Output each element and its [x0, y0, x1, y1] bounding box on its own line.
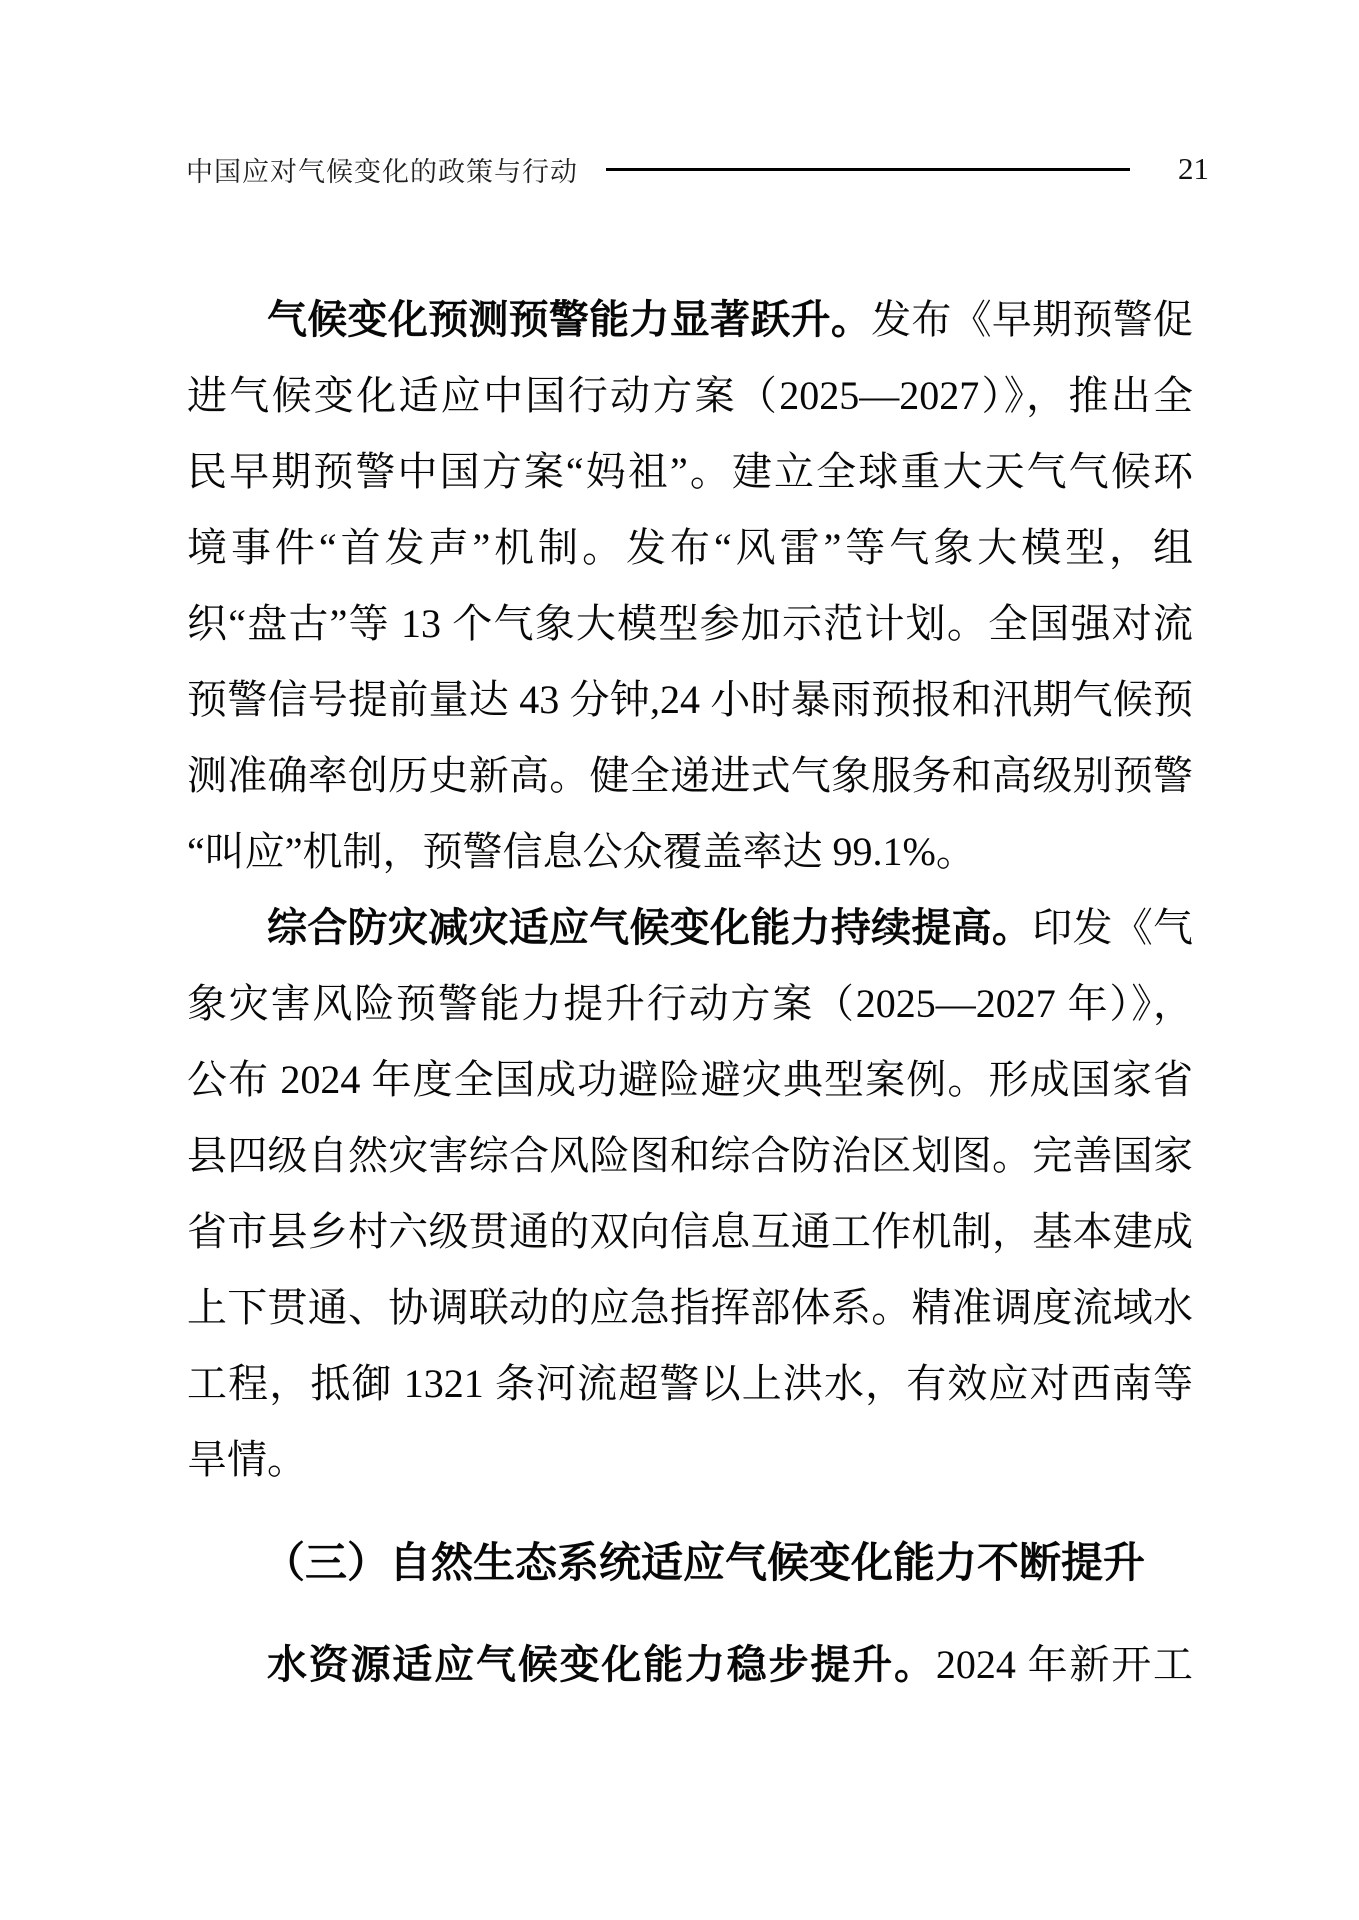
header-rule [606, 168, 1130, 171]
text-line: 预警信号提前量达 43 分钟,24 小时暴雨预报和汛期气候预 [187, 662, 1193, 738]
line-text: 印发《气 [1032, 905, 1193, 950]
document-body: 气候变化预测预警能力显著跃升。发布《早期预警促 进气候变化适应中国行动方案（20… [187, 282, 1193, 1703]
text-line: 县四级自然灾害综合风险图和综合防治区划图。完善国家 [187, 1118, 1193, 1194]
bold-lead-in: 水资源适应气候变化能力稳步提升。 [267, 1642, 936, 1687]
text-line: 测准确率创历史新高。健全递进式气象服务和高级别预警 [187, 738, 1193, 814]
line-text: 象灾害风险预警能力提升行动方案（2025—2027 年）》， [187, 981, 1193, 1026]
line-text: 民早期预警中国方案“妈祖”。建立全球重大天气气候环 [187, 449, 1193, 494]
text-line: 上下贯通、协调联动的应急指挥部体系。精准调度流域水 [187, 1270, 1193, 1346]
line-text: 发布《早期预警促 [871, 297, 1193, 342]
text-line: 工程，抵御 1321 条河流超警以上洪水，有效应对西南等地 [187, 1346, 1193, 1422]
text-line: 公布 2024 年度全国成功避险避灾典型案例。形成国家省市 [187, 1042, 1193, 1118]
section-heading: （三）自然生态系统适应气候变化能力不断提升 [187, 1526, 1193, 1602]
text-line: 民早期预警中国方案“妈祖”。建立全球重大天气气候环 [187, 434, 1193, 510]
text-line: 综合防灾减灾适应气候变化能力持续提高。印发《气 [187, 890, 1193, 966]
line-text: 测准确率创历史新高。健全递进式气象服务和高级别预警 [187, 753, 1193, 798]
line-text: 进气候变化适应中国行动方案（2025—2027）》，推出全 [187, 373, 1193, 418]
text-line: 进气候变化适应中国行动方案（2025—2027）》，推出全 [187, 358, 1193, 434]
text-line: 旱情。 [187, 1422, 1193, 1498]
text-line: 境事件“首发声”机制。发布“风雷”等气象大模型，组 [187, 510, 1193, 586]
text-line: 省市县乡村六级贯通的双向信息互通工作机制，基本建成 [187, 1194, 1193, 1270]
text-line: 气候变化预测预警能力显著跃升。发布《早期预警促 [187, 282, 1193, 358]
line-text: 织“盘古”等 13 个气象大模型参加示范计划。全国强对流 [187, 601, 1193, 646]
running-header-title: 中国应对气候变化的政策与行动 [186, 150, 578, 189]
line-text: 工程，抵御 1321 条河流超警以上洪水，有效应对西南等地 [187, 1361, 1193, 1422]
text-line: 水资源适应气候变化能力稳步提升。2024 年新开工国 [187, 1627, 1193, 1703]
line-text: 预警信号提前量达 43 分钟,24 小时暴雨预报和汛期气候预 [187, 677, 1193, 722]
line-text: 境事件“首发声”机制。发布“风雷”等气象大模型，组 [187, 525, 1193, 570]
document-page: 中国应对气候变化的政策与行动 21 气候变化预测预警能力显著跃升。发布《早期预警… [0, 0, 1359, 1920]
line-text: 公布 2024 年度全国成功避险避灾典型案例。形成国家省市 [187, 1057, 1193, 1118]
line-text: “叫应”机制，预警信息公众覆盖率达 99.1%。 [187, 829, 976, 874]
line-text: 县四级自然灾害综合风险图和综合防治区划图。完善国家 [187, 1133, 1193, 1178]
page-number: 21 [1178, 151, 1209, 187]
line-text: 上下贯通、协调联动的应急指挥部体系。精准调度流域水 [187, 1285, 1193, 1330]
bold-lead-in: 气候变化预测预警能力显著跃升。 [267, 297, 871, 342]
text-line: 象灾害风险预警能力提升行动方案（2025—2027 年）》， [187, 966, 1193, 1042]
text-line: 织“盘古”等 13 个气象大模型参加示范计划。全国强对流 [187, 586, 1193, 662]
text-line: “叫应”机制，预警信息公众覆盖率达 99.1%。 [187, 814, 1193, 890]
line-text: 旱情。 [187, 1437, 307, 1482]
bold-lead-in: 综合防灾减灾适应气候变化能力持续提高。 [267, 905, 1032, 950]
line-text: 省市县乡村六级贯通的双向信息互通工作机制，基本建成 [187, 1209, 1193, 1254]
